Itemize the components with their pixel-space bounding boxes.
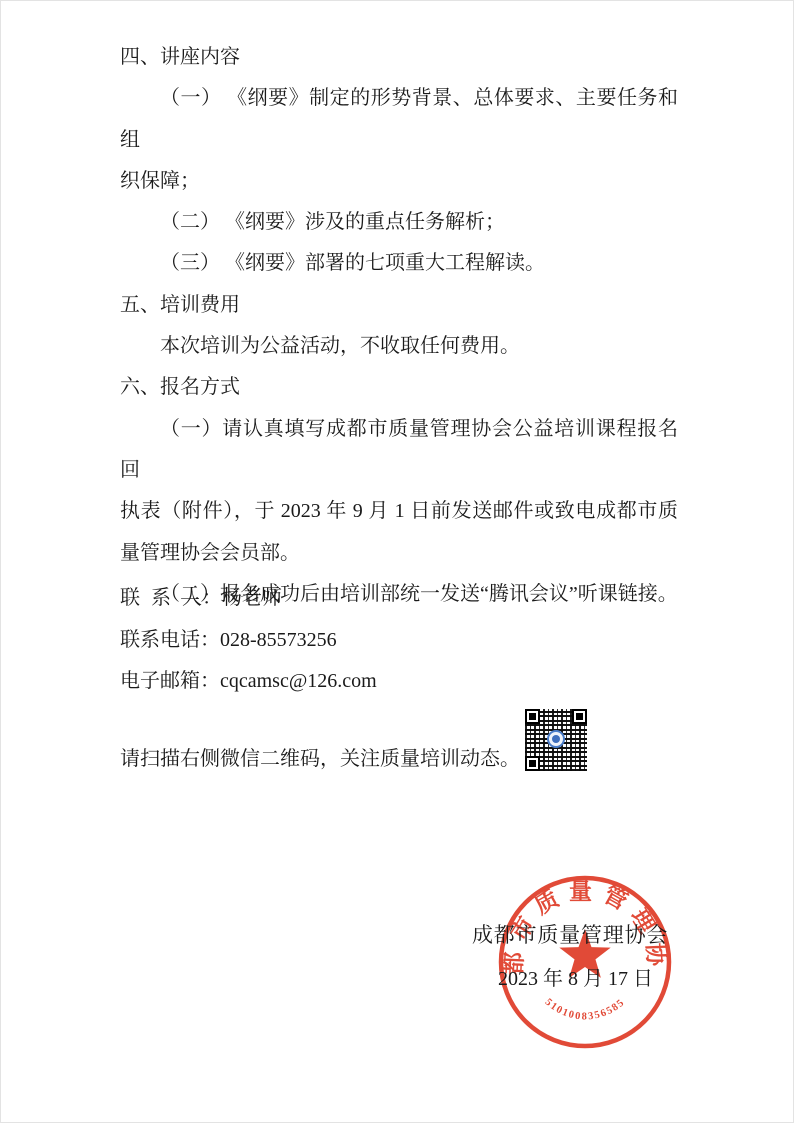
section-heading-5: 五、培训费用: [120, 285, 678, 326]
body-line: （二） 《纲要》涉及的重点任务解析；: [120, 202, 678, 243]
contact-email-line: 电子邮箱：cqcamsc@126.com: [120, 661, 377, 703]
section-heading-4: 四、讲座内容: [120, 37, 678, 78]
contact-block: 联 系 人：杨老师 联系电话：028-85573256 电子邮箱：cqcamsc…: [120, 578, 377, 703]
body-line: （三） 《纲要》部署的七项重大工程解读。: [120, 243, 678, 284]
signature-org-line: 成都市质量管理协会: [472, 919, 668, 949]
body-line: （一）请认真填写成都市质量管理协会公益培训课程报名回: [120, 409, 678, 492]
document-page: 四、讲座内容 （一） 《纲要》制定的形势背景、总体要求、主要任务和组 织保障； …: [0, 0, 794, 1123]
body-line: 织保障；: [120, 161, 678, 202]
seal-code-text: 5101008356585: [543, 997, 628, 1023]
contact-phone-line: 联系电话：028-85573256: [120, 620, 377, 662]
body-text-block: 四、讲座内容 （一） 《纲要》制定的形势背景、总体要求、主要任务和组 织保障； …: [120, 37, 678, 615]
body-line: 本次培训为公益活动，不收取任何费用。: [120, 326, 678, 367]
qr-note-line: 请扫描右侧微信二维码，关注质量培训动态。: [120, 745, 520, 773]
body-line: 量管理协会会员部。: [120, 533, 678, 574]
wechat-logo-icon: [547, 730, 565, 748]
qr-finder-icon: [525, 756, 540, 771]
qr-finder-icon: [525, 709, 540, 724]
section-heading-6: 六、报名方式: [120, 367, 678, 408]
contact-person-line: 联 系 人：杨老师: [120, 578, 377, 620]
body-line: （一） 《纲要》制定的形势背景、总体要求、主要任务和组: [120, 78, 678, 161]
signature-date-line: 2023 年 8 月 17 日: [498, 962, 653, 991]
body-line: 执表（附件），于 2023 年 9 月 1 日前发送邮件或致电成都市质: [120, 491, 678, 532]
qr-finder-icon: [572, 709, 587, 724]
wechat-qr-code: [525, 709, 587, 771]
